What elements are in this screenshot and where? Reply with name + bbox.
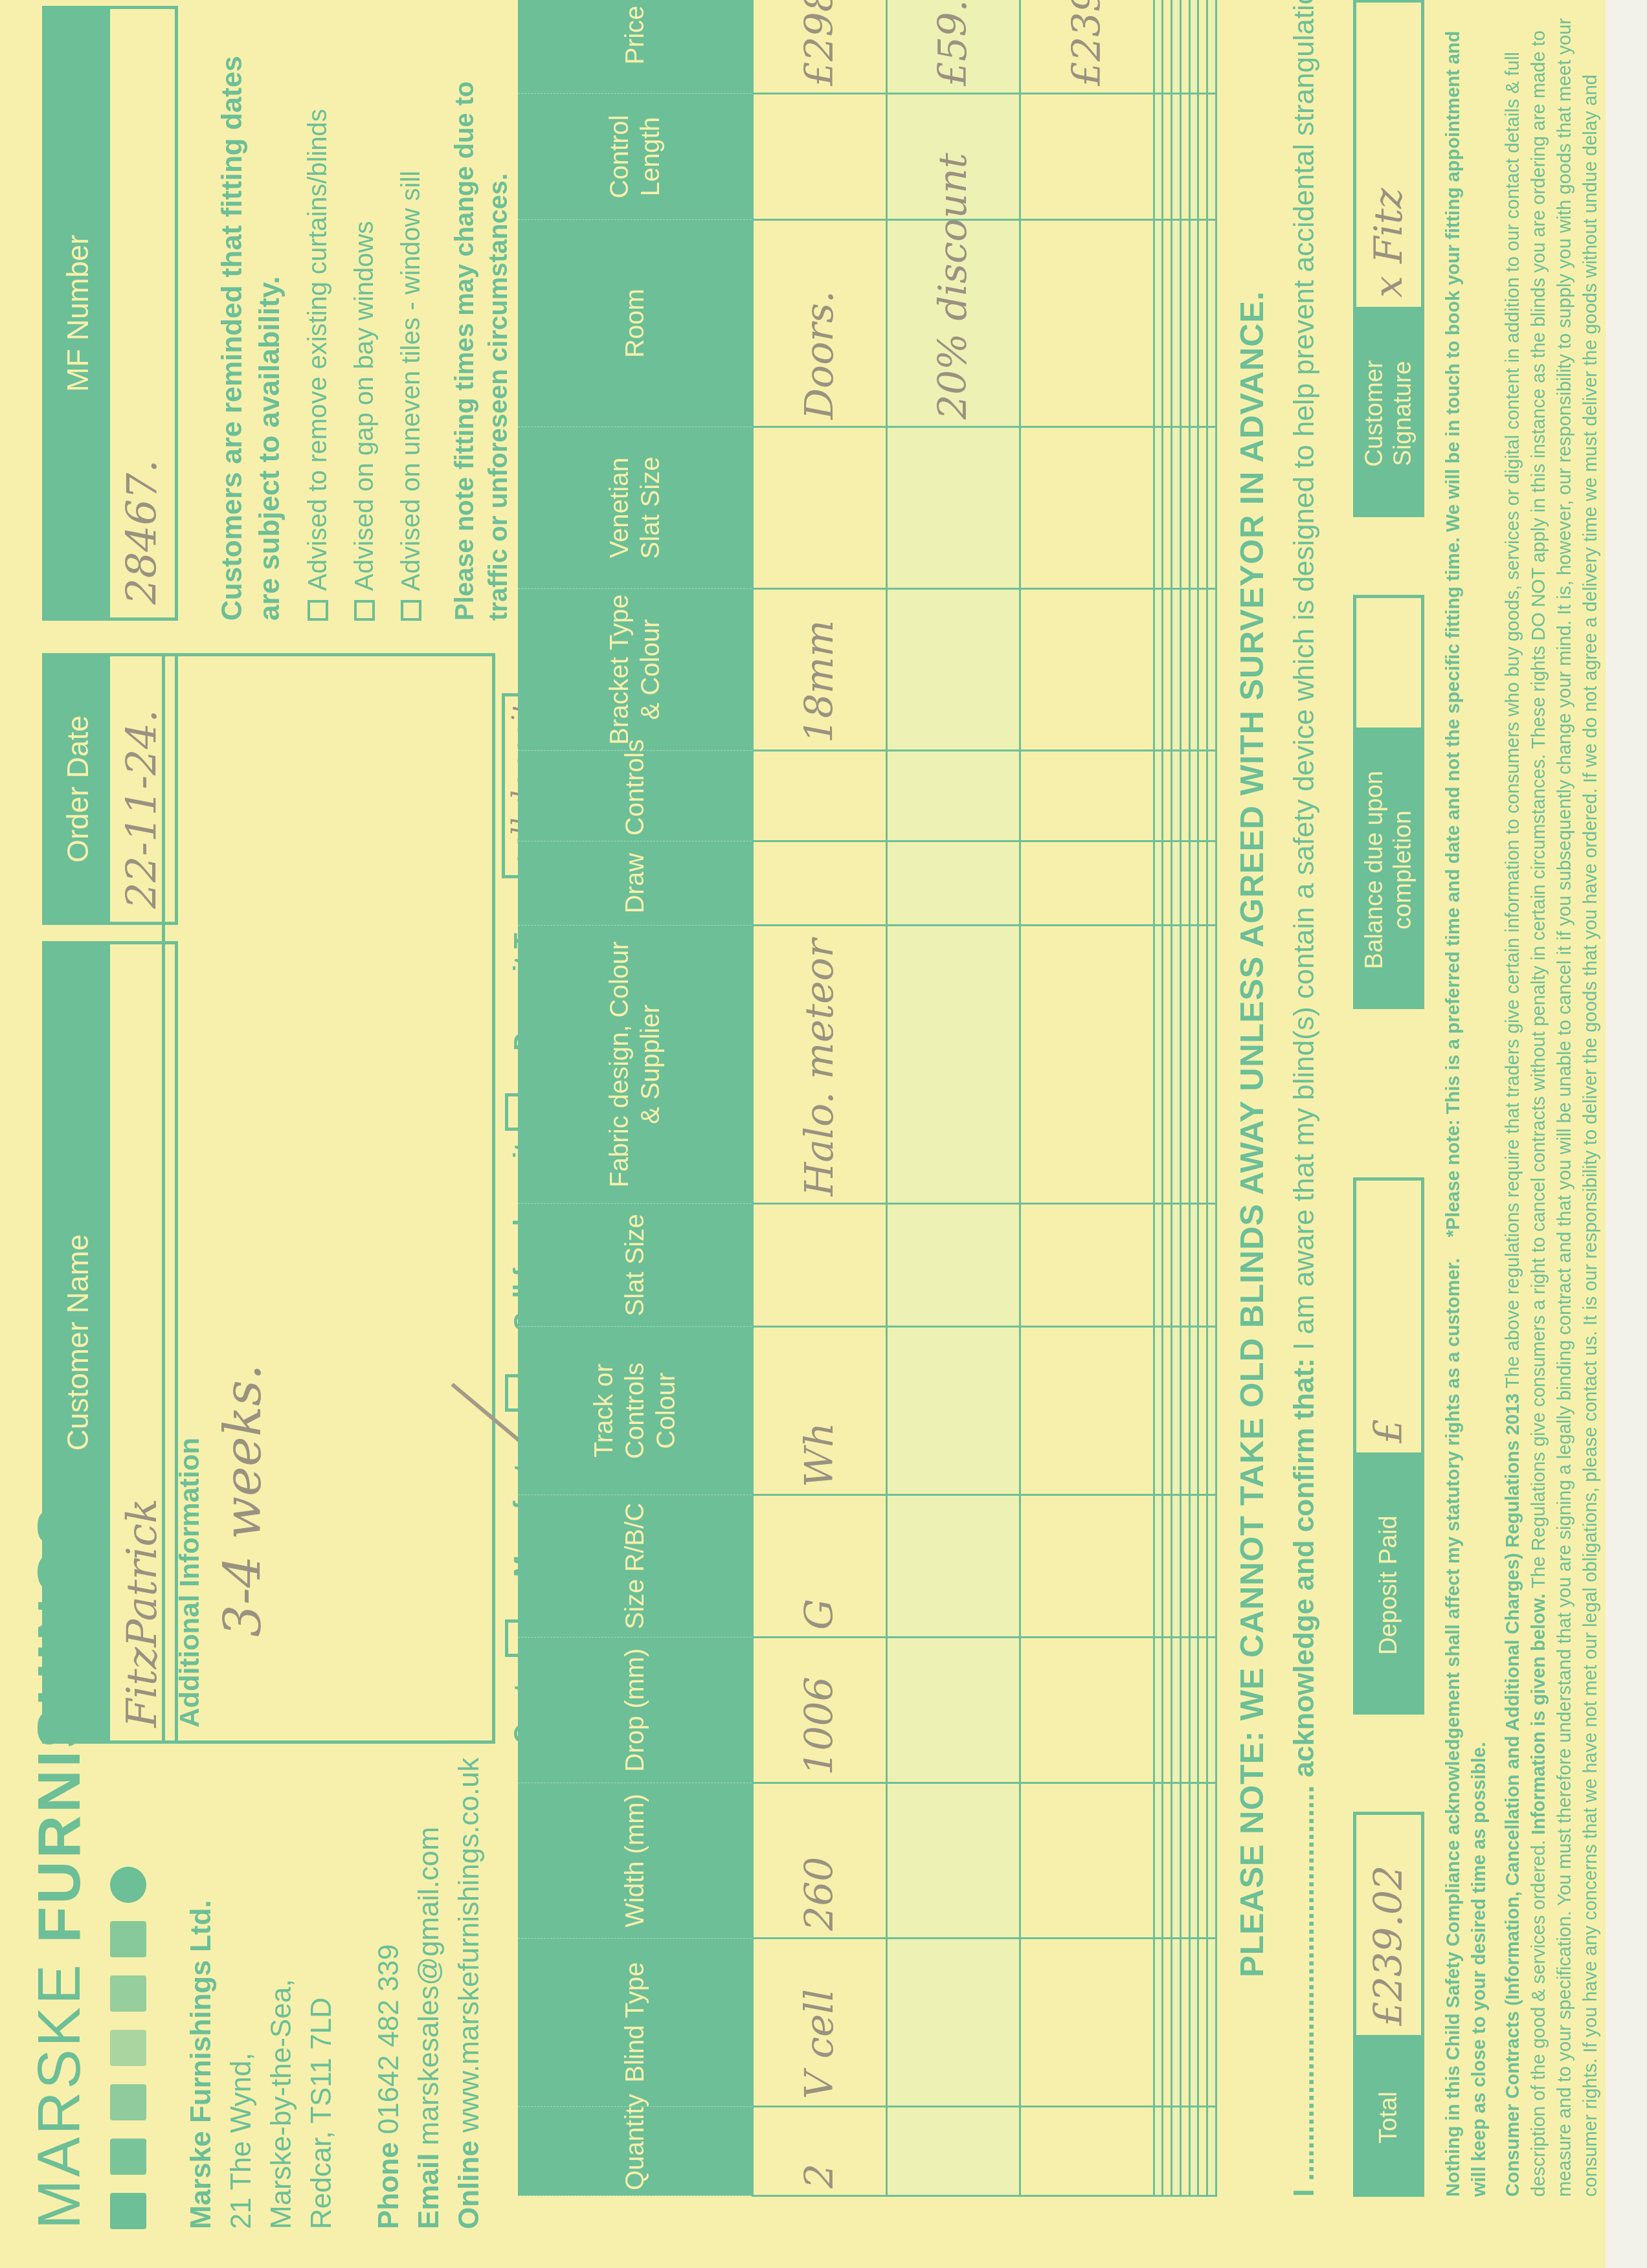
table-cell[interactable] [1163,926,1172,1204]
table-cell[interactable]: Wh [753,1327,887,1495]
table-cell[interactable]: V cell [753,1939,887,2107]
table-cell[interactable] [1189,1495,1198,1638]
table-cell[interactable] [1207,926,1216,1204]
swatch-icon [110,2084,146,2120]
table-cell[interactable] [1189,926,1198,1204]
email-label: Email [413,2153,445,2229]
column-header: Track or Controls Colour [518,1327,753,1495]
total-label: Total [1353,2038,1424,2197]
column-header: Slat Size [518,1204,753,1327]
table-cell[interactable] [753,841,887,926]
spiral-swatch-icon [110,1867,146,1903]
table-cell[interactable] [1189,1327,1198,1495]
confirm-text: I am aware that my blind(s) contain a sa… [1288,0,1320,1350]
table-cell[interactable] [1198,94,1207,220]
column-header: Control Length [518,94,753,220]
table-cell[interactable] [1207,220,1216,427]
table-cell[interactable] [886,589,1020,751]
table-cell[interactable] [1020,1495,1154,1638]
balance-due-label: Balance due upon completion [1353,731,1424,1009]
table-cell[interactable] [1180,427,1189,589]
table-cell[interactable] [1154,1204,1163,1327]
table-cell[interactable] [753,94,887,220]
table-cell[interactable] [753,1204,887,1327]
table-row [1180,0,1189,2196]
table-cell[interactable] [886,751,1020,841]
table-cell[interactable] [753,751,887,841]
column-header: Controls [518,751,753,841]
totals-row: Total £239.02 Deposit Paid £ Balance due… [1353,0,1424,2197]
table-cell[interactable] [1154,589,1163,751]
table-cell[interactable] [1020,926,1154,1204]
table-cell[interactable] [1198,751,1207,841]
table-cell[interactable] [1163,841,1172,926]
checkbox-icon[interactable] [401,600,421,621]
column-header: Fabric design, Colour & Supplier [518,926,753,1204]
table-cell[interactable] [886,1939,1020,2107]
table-row: 2V cell2601006GWhHalo. meteor18mmDoors.£… [753,0,887,2196]
signature-label: Customer Signature [1353,310,1424,517]
order-date-field[interactable]: Order Date 22-11-24. [42,653,178,925]
checkbox-icon[interactable] [354,600,375,621]
table-cell[interactable] [1020,1783,1154,1939]
table-cell[interactable] [886,1638,1020,1783]
table-cell[interactable] [1207,1204,1216,1327]
safety-confirmation: I ......................................… [1288,0,1321,2197]
table-cell[interactable] [1154,427,1163,589]
table-cell[interactable] [1163,94,1172,220]
table-cell[interactable] [1189,751,1198,841]
online-label: Online [453,2140,485,2229]
table-cell[interactable] [1189,2107,1198,2196]
table-cell[interactable] [1198,1204,1207,1327]
table-cell[interactable] [1198,1939,1207,2107]
address-line-2: Marske-by-the-Sea, [262,1900,302,2229]
table-cell[interactable] [1180,751,1189,841]
table-header-row: QuantityBlind TypeWidth (mm)Drop (mm)Siz… [518,0,753,2196]
table-cell[interactable] [1154,2107,1163,2196]
table-cell[interactable] [886,1327,1020,1495]
table-cell[interactable] [1154,841,1163,926]
table-cell[interactable]: £239.02 [1020,0,1154,94]
table-cell[interactable] [1020,1204,1154,1327]
table-cell[interactable]: G [753,1495,887,1638]
table-cell[interactable] [1207,1939,1216,2107]
table-cell[interactable] [1198,1783,1207,1939]
mf-number-label: MF Number [45,9,110,617]
table-row [1189,0,1198,2196]
table-cell[interactable] [1020,2107,1154,2196]
mf-number-value[interactable]: 28467. [110,9,175,617]
contact-block: Phone 01642 482 339 Email marskesales@gm… [369,1757,489,2229]
table-cell[interactable] [1207,2107,1216,2196]
table-cell[interactable] [1172,1495,1181,1638]
checkbox-icon[interactable] [308,600,328,621]
table-cell[interactable] [1180,2107,1189,2196]
signature-field[interactable]: x Fitz [1353,0,1424,310]
table-cell[interactable] [1189,427,1198,589]
table-cell[interactable] [1180,220,1189,427]
table-cell[interactable] [1198,1638,1207,1783]
table-cell[interactable] [1172,0,1181,94]
swatch-icon [110,1975,146,2012]
table-cell[interactable] [1207,1783,1216,1939]
swatch-icon [110,2193,146,2229]
table-cell[interactable] [1020,1327,1154,1495]
order-form-sheet: MARSKE FURNISHINGS Marske Furnishings Lt… [0,0,1647,2268]
table-cell[interactable] [1180,1939,1189,2107]
column-header: Blind Type [518,1939,753,2107]
table-cell[interactable] [1163,2107,1172,2196]
table-cell[interactable] [1198,427,1207,589]
table-cell[interactable] [1172,220,1181,427]
table-cell[interactable] [1180,1495,1189,1638]
email-address: marskesales@gmail.com [413,1827,445,2145]
table-cell[interactable] [1207,1495,1216,1638]
table-cell[interactable] [1189,1204,1198,1327]
table-cell[interactable] [1154,1495,1163,1638]
table-cell[interactable] [1189,589,1198,751]
table-cell[interactable] [1180,1327,1189,1495]
table-cell[interactable] [886,841,1020,926]
table-cell[interactable]: 2 [753,2107,887,2196]
table-cell[interactable] [1180,1204,1189,1327]
statutory-rights-text: Nothing in this Child Safety Compliance … [1443,1258,1464,2197]
table-cell[interactable] [1020,94,1154,220]
table-cell[interactable]: £298.77 [753,0,887,94]
table-cell[interactable] [1180,589,1189,751]
column-header: Price [518,0,753,94]
table-cell[interactable]: 1006 [753,1638,887,1783]
table-cell[interactable]: £59.75 [886,0,1020,94]
table-row [1198,0,1207,2196]
additional-info-value[interactable]: 3-4 weeks. [214,656,273,1740]
table-cell[interactable] [1020,427,1154,589]
address-line-1: 21 The Wynd, [221,1900,262,2229]
column-header: Bracket Type & Colour [518,589,753,751]
table-cell[interactable] [1172,2107,1181,2196]
table-cell[interactable] [1198,926,1207,1204]
table-cell[interactable] [1198,0,1207,94]
table-row [1172,0,1181,2196]
table-cell[interactable] [1163,1204,1172,1327]
table-cell[interactable] [1154,1939,1163,2107]
table-cell[interactable]: 18mm [753,589,887,751]
table-cell[interactable] [1172,1939,1181,2107]
table-cell[interactable] [1154,751,1163,841]
column-header: Draw [518,841,753,926]
company-address: Marske Furnishings Ltd. 21 The Wynd, Mar… [181,1900,342,2229]
brand-name-light: MARSKE [27,1962,93,2229]
total-value[interactable]: £239.02 [1353,1812,1424,2038]
table-cell[interactable] [1154,1783,1163,1939]
table-cell[interactable] [1154,94,1163,220]
table-cell[interactable] [1207,94,1216,220]
table-body: 2V cell2601006GWhHalo. meteor18mmDoors.£… [753,0,1216,2196]
table-cell[interactable] [886,926,1020,1204]
confirm-prefix: I ......................................… [1288,1358,1320,2197]
table-cell[interactable] [886,427,1020,589]
table-cell[interactable] [1189,841,1198,926]
table-cell[interactable] [1207,589,1216,751]
table-cell[interactable] [1172,427,1181,589]
deposit-paid-value[interactable]: £ [1353,1177,1424,1456]
table-row [1154,0,1163,2196]
phone-label: Phone [373,2142,405,2229]
advisory-item[interactable]: Advised on gap on bay windows [347,12,382,621]
table-cell[interactable] [1207,1327,1216,1495]
table-cell[interactable] [1180,1783,1189,1939]
table-cell[interactable] [886,2107,1020,2196]
table-cell[interactable] [1207,0,1216,94]
deposit-paid-label: Deposit Paid [1353,1456,1424,1715]
table-cell[interactable] [1180,94,1189,220]
additional-info-box[interactable]: Additional Information 3-4 weeks. [162,653,495,1744]
table-cell[interactable] [1020,751,1154,841]
table-cell[interactable] [753,427,887,589]
additional-info-label: Additional Information [165,656,214,1740]
customer-name-label: Customer Name [45,944,110,1740]
table-cell[interactable] [1189,1638,1198,1783]
table-cell[interactable]: Halo. meteor [753,926,887,1204]
mf-number-field[interactable]: MF Number 28467. [42,6,178,621]
column-header: Room [518,220,753,427]
table-cell[interactable] [1020,1939,1154,2107]
table-cell[interactable] [1172,1783,1181,1939]
table-cell[interactable] [1198,589,1207,751]
table-cell[interactable] [1189,220,1198,427]
website-url: www.marskefurnishings.co.uk [453,1757,485,2133]
table-row [1163,0,1172,2196]
table-cell[interactable] [1163,427,1172,589]
table-cell[interactable] [1189,1939,1198,2107]
table-cell[interactable] [1198,1327,1207,1495]
regulations-title: Consumer Contracts (Information, Cancell… [1503,1394,1523,2197]
table-cell[interactable] [886,1783,1020,1939]
table-cell[interactable] [1198,1495,1207,1638]
table-cell[interactable] [1189,0,1198,94]
table-cell[interactable] [1163,1638,1172,1783]
balance-due-value[interactable] [1353,595,1424,731]
advisory-item[interactable]: Advised on uneven tiles - window sill [394,12,429,621]
phone-number: 01642 482 339 [373,1944,405,2135]
address-line-3: Redcar, TS11 7LD [302,1900,342,2229]
table-row: £239.02 [1020,0,1154,2196]
table-cell[interactable] [1180,926,1189,1204]
table-cell[interactable] [1207,427,1216,589]
fitting-reminder: Customers are reminded that fitting date… [214,12,515,621]
table-cell[interactable] [1020,1638,1154,1783]
table-cell[interactable] [1163,1939,1172,2107]
table-cell[interactable] [1172,1204,1181,1327]
table-cell[interactable] [1207,841,1216,926]
scan-margin [1606,0,1647,2268]
table-cell[interactable] [1172,589,1181,751]
table-cell[interactable] [1180,0,1189,94]
swatch-icon [110,1921,146,1957]
fabric-swatches [110,1867,146,2229]
table-cell[interactable] [1189,94,1198,220]
column-header: Quantity [518,2107,753,2196]
table-cell[interactable] [886,1495,1020,1638]
table-cell[interactable] [1163,1327,1172,1495]
table-cell[interactable] [1020,841,1154,926]
table-cell[interactable] [1172,94,1181,220]
customer-name-field[interactable]: Customer Name FitzPatrick [42,941,178,1744]
column-header: Width (mm) [518,1783,753,1939]
table-cell[interactable] [1180,841,1189,926]
table-cell[interactable]: 20% discount [886,220,1020,427]
table-row: 20% discount£59.75 [886,0,1020,2196]
table-cell[interactable] [1172,841,1181,926]
table-cell[interactable]: 260 [753,1783,887,1939]
column-header: Drop (mm) [518,1638,753,1783]
table-cell[interactable] [1163,0,1172,94]
fitting-times-note: Please note fitting times may change due… [448,12,515,621]
table-cell[interactable] [1163,751,1172,841]
column-header: Venetian Slat Size [518,427,753,589]
table-cell[interactable] [1163,220,1172,427]
table-cell[interactable] [1020,589,1154,751]
table-cell[interactable] [1154,0,1163,94]
table-cell[interactable] [1163,1495,1172,1638]
table-cell[interactable] [1172,751,1181,841]
column-header: Size R/B/C [518,1495,753,1638]
table-cell[interactable] [1198,841,1207,926]
advisory-item[interactable]: Advised to remove existing curtains/blin… [300,12,335,621]
order-date-label: Order Date [45,656,110,922]
company-name: Marske Furnishings Ltd. [181,1900,221,2229]
table-cell[interactable] [1207,751,1216,841]
reminder-heading: Customers are reminded that fitting date… [214,12,289,621]
table-cell[interactable] [1207,1638,1216,1783]
table-cell[interactable] [886,1204,1020,1327]
order-table: QuantityBlind TypeWidth (mm)Drop (mm)Siz… [518,12,1217,2197]
table-cell[interactable] [1172,1327,1181,1495]
table-cell[interactable] [1154,926,1163,1204]
table-cell[interactable] [1163,589,1172,751]
table-row [1207,0,1216,2196]
table-cell[interactable] [1163,1783,1172,1939]
table-cell[interactable] [1154,220,1163,427]
table-cell[interactable] [1172,926,1181,1204]
swatch-icon [110,2030,146,2066]
table-cell[interactable] [1198,220,1207,427]
table-cell[interactable] [1172,1638,1181,1783]
table-cell[interactable] [1020,220,1154,427]
table-cell[interactable] [1154,1638,1163,1783]
table-cell[interactable] [1154,1327,1163,1495]
old-blinds-notice: PLEASE NOTE: WE CANNOT TAKE OLD BLINDS A… [1233,0,1271,2268]
table-cell[interactable] [1198,2107,1207,2196]
table-cell[interactable]: Doors. [753,220,887,427]
table-cell[interactable] [1189,1783,1198,1939]
swatch-icon [110,2139,146,2175]
info-heading: Information is given below. [1529,1594,1549,1835]
table-cell[interactable] [1180,1638,1189,1783]
